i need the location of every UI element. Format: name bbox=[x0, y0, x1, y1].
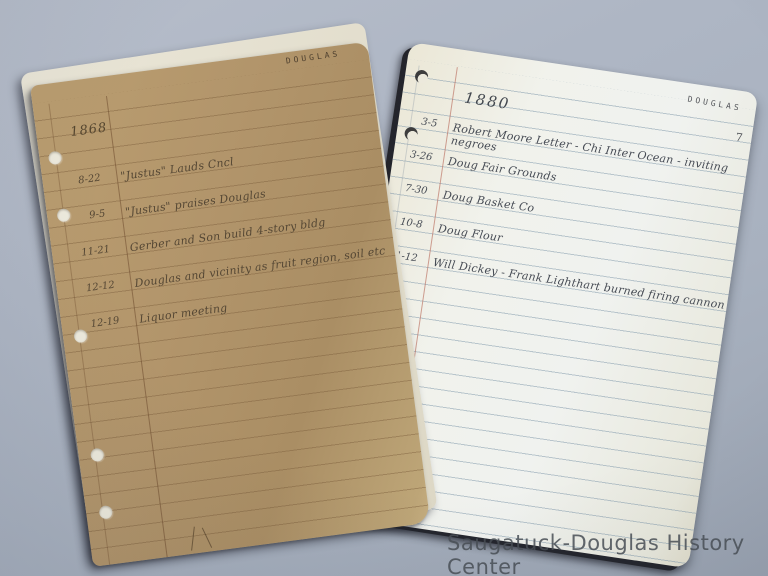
ledger-page-1868: DOUGLAS 1868 8-22 "Justus" Lauds Cncl 9-… bbox=[30, 42, 430, 567]
watermark-text: Saugatuck-Douglas History Center bbox=[447, 531, 768, 576]
douglas-stamp: DOUGLAS bbox=[286, 49, 341, 66]
photo-scene: DOUGLAS 7 1880 3-5 Robert Moore Letter -… bbox=[0, 0, 768, 576]
